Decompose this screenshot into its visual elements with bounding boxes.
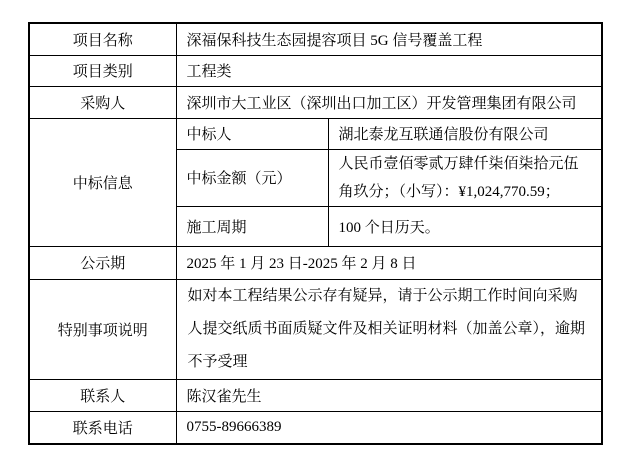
row-publicity-period: 公示期 2025 年 1 月 23 日-2025 年 2 月 8 日 <box>29 246 602 279</box>
project-name-value: 深福保科技生态园提容项目 5G 信号覆盖工程 <box>176 23 602 55</box>
contact-person-label: 联系人 <box>29 379 176 411</box>
award-winner-label: 中标人 <box>176 118 328 149</box>
construction-period-value: 100 个日历天。 <box>328 206 602 246</box>
project-name-label: 项目名称 <box>29 23 176 55</box>
contact-phone-value: 0755-89666389 <box>176 411 602 444</box>
purchaser-value: 深圳市大工业区（深圳出口加工区）开发管理集团有限公司 <box>176 86 602 118</box>
construction-period-label: 施工周期 <box>176 206 328 246</box>
award-info-label: 中标信息 <box>29 118 176 246</box>
contact-phone-label: 联系电话 <box>29 411 176 444</box>
row-project-category: 项目类别 工程类 <box>29 55 602 86</box>
purchaser-label: 采购人 <box>29 86 176 118</box>
row-contact-person: 联系人 陈汉雀先生 <box>29 379 602 411</box>
row-special-notes: 特别事项说明 如对本工程结果公示存有疑异，请于公示期工作时间向采购人提交纸质书面… <box>29 279 602 379</box>
row-purchaser: 采购人 深圳市大工业区（深圳出口加工区）开发管理集团有限公司 <box>29 86 602 118</box>
row-project-name: 项目名称 深福保科技生态园提容项目 5G 信号覆盖工程 <box>29 23 602 55</box>
project-category-value: 工程类 <box>176 55 602 86</box>
award-amount-label: 中标金额（元） <box>176 149 328 206</box>
project-category-label: 项目类别 <box>29 55 176 86</box>
publicity-period-value: 2025 年 1 月 23 日-2025 年 2 月 8 日 <box>176 246 602 279</box>
row-contact-phone: 联系电话 0755-89666389 <box>29 411 602 444</box>
special-notes-value: 如对本工程结果公示存有疑异，请于公示期工作时间向采购人提交纸质书面质疑文件及相关… <box>176 279 602 379</box>
row-award-winner: 中标信息 中标人 湖北泰龙互联通信股份有限公司 <box>29 118 602 149</box>
contact-person-value: 陈汉雀先生 <box>176 379 602 411</box>
award-winner-value: 湖北泰龙互联通信股份有限公司 <box>328 118 602 149</box>
award-amount-value: 人民币壹佰零贰万肆仟柒佰柒拾元伍角玖分；（小写）：¥1,024,770.59； <box>328 149 602 206</box>
bid-award-announcement-table: 项目名称 深福保科技生态园提容项目 5G 信号覆盖工程 项目类别 工程类 采购人… <box>28 22 603 445</box>
special-notes-label: 特别事项说明 <box>29 279 176 379</box>
publicity-period-label: 公示期 <box>29 246 176 279</box>
